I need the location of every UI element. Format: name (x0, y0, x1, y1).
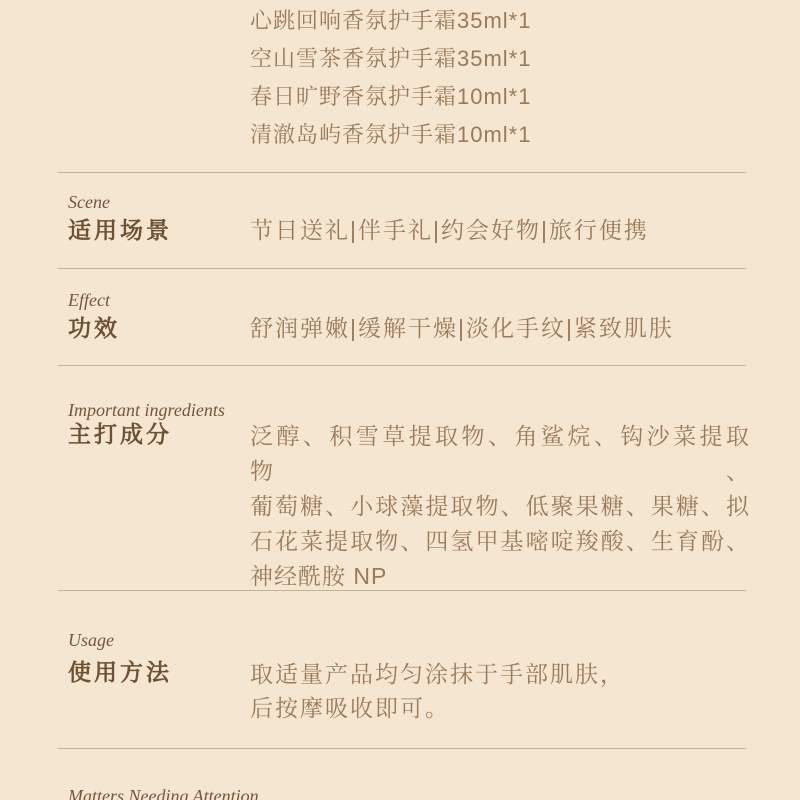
section-divider (58, 748, 746, 749)
product-set-item: 空山雪茶香氛护手霜35ml*1 (250, 40, 531, 78)
usage-line: 取适量产品均匀涂抹于手部肌肤， (250, 657, 750, 691)
section-divider (58, 590, 746, 591)
scene-label-zh: 适用场景 (68, 214, 172, 246)
scene-content: 节日送礼|伴手礼|约会好物|旅行便携 (250, 214, 649, 246)
section-divider (58, 268, 746, 269)
section-divider (58, 365, 746, 366)
ingredients-line: 神经酰胺 NP (250, 559, 750, 594)
usage-content: 取适量产品均匀涂抹于手部肌肤， 后按摩吸收即可。 (250, 657, 750, 725)
ingredients-line: 葡萄糖、小球藻提取物、低聚果糖、果糖、拟 (250, 489, 750, 524)
effect-label-en: Effect (68, 288, 110, 312)
product-set-item: 心跳回响香氛护手霜35ml*1 (250, 2, 531, 40)
product-set-item: 春日旷野香氛护手霜10ml*1 (250, 78, 531, 116)
ingredients-line: 泛醇、积雪草提取物、角鲨烷、钩沙菜提取物、 (250, 419, 750, 489)
section-divider (58, 172, 746, 173)
matters-label-en: Matters Needing Attention (68, 784, 259, 800)
product-set-item: 清澈岛屿香氛护手霜10ml*1 (250, 116, 531, 154)
effect-content: 舒润弹嫩|缓解干燥|淡化手纹|紧致肌肤 (250, 312, 674, 344)
effect-label-zh: 功效 (68, 312, 120, 344)
usage-label-zh: 使用方法 (68, 656, 172, 688)
ingredients-line: 石花菜提取物、四氢甲基嘧啶羧酸、生育酚、 (250, 524, 750, 559)
usage-label-en: Usage (68, 628, 114, 652)
ingredients-label-zh: 主打成分 (68, 418, 172, 450)
usage-line: 后按摩吸收即可。 (250, 691, 750, 725)
ingredients-content: 泛醇、积雪草提取物、角鲨烷、钩沙菜提取物、 葡萄糖、小球藻提取物、低聚果糖、果糖… (250, 419, 750, 594)
product-detail-page: 心跳回响香氛护手霜35ml*1 空山雪茶香氛护手霜35ml*1 春日旷野香氛护手… (0, 0, 800, 800)
scene-label-en: Scene (68, 190, 110, 214)
product-set-list: 心跳回响香氛护手霜35ml*1 空山雪茶香氛护手霜35ml*1 春日旷野香氛护手… (250, 2, 531, 154)
